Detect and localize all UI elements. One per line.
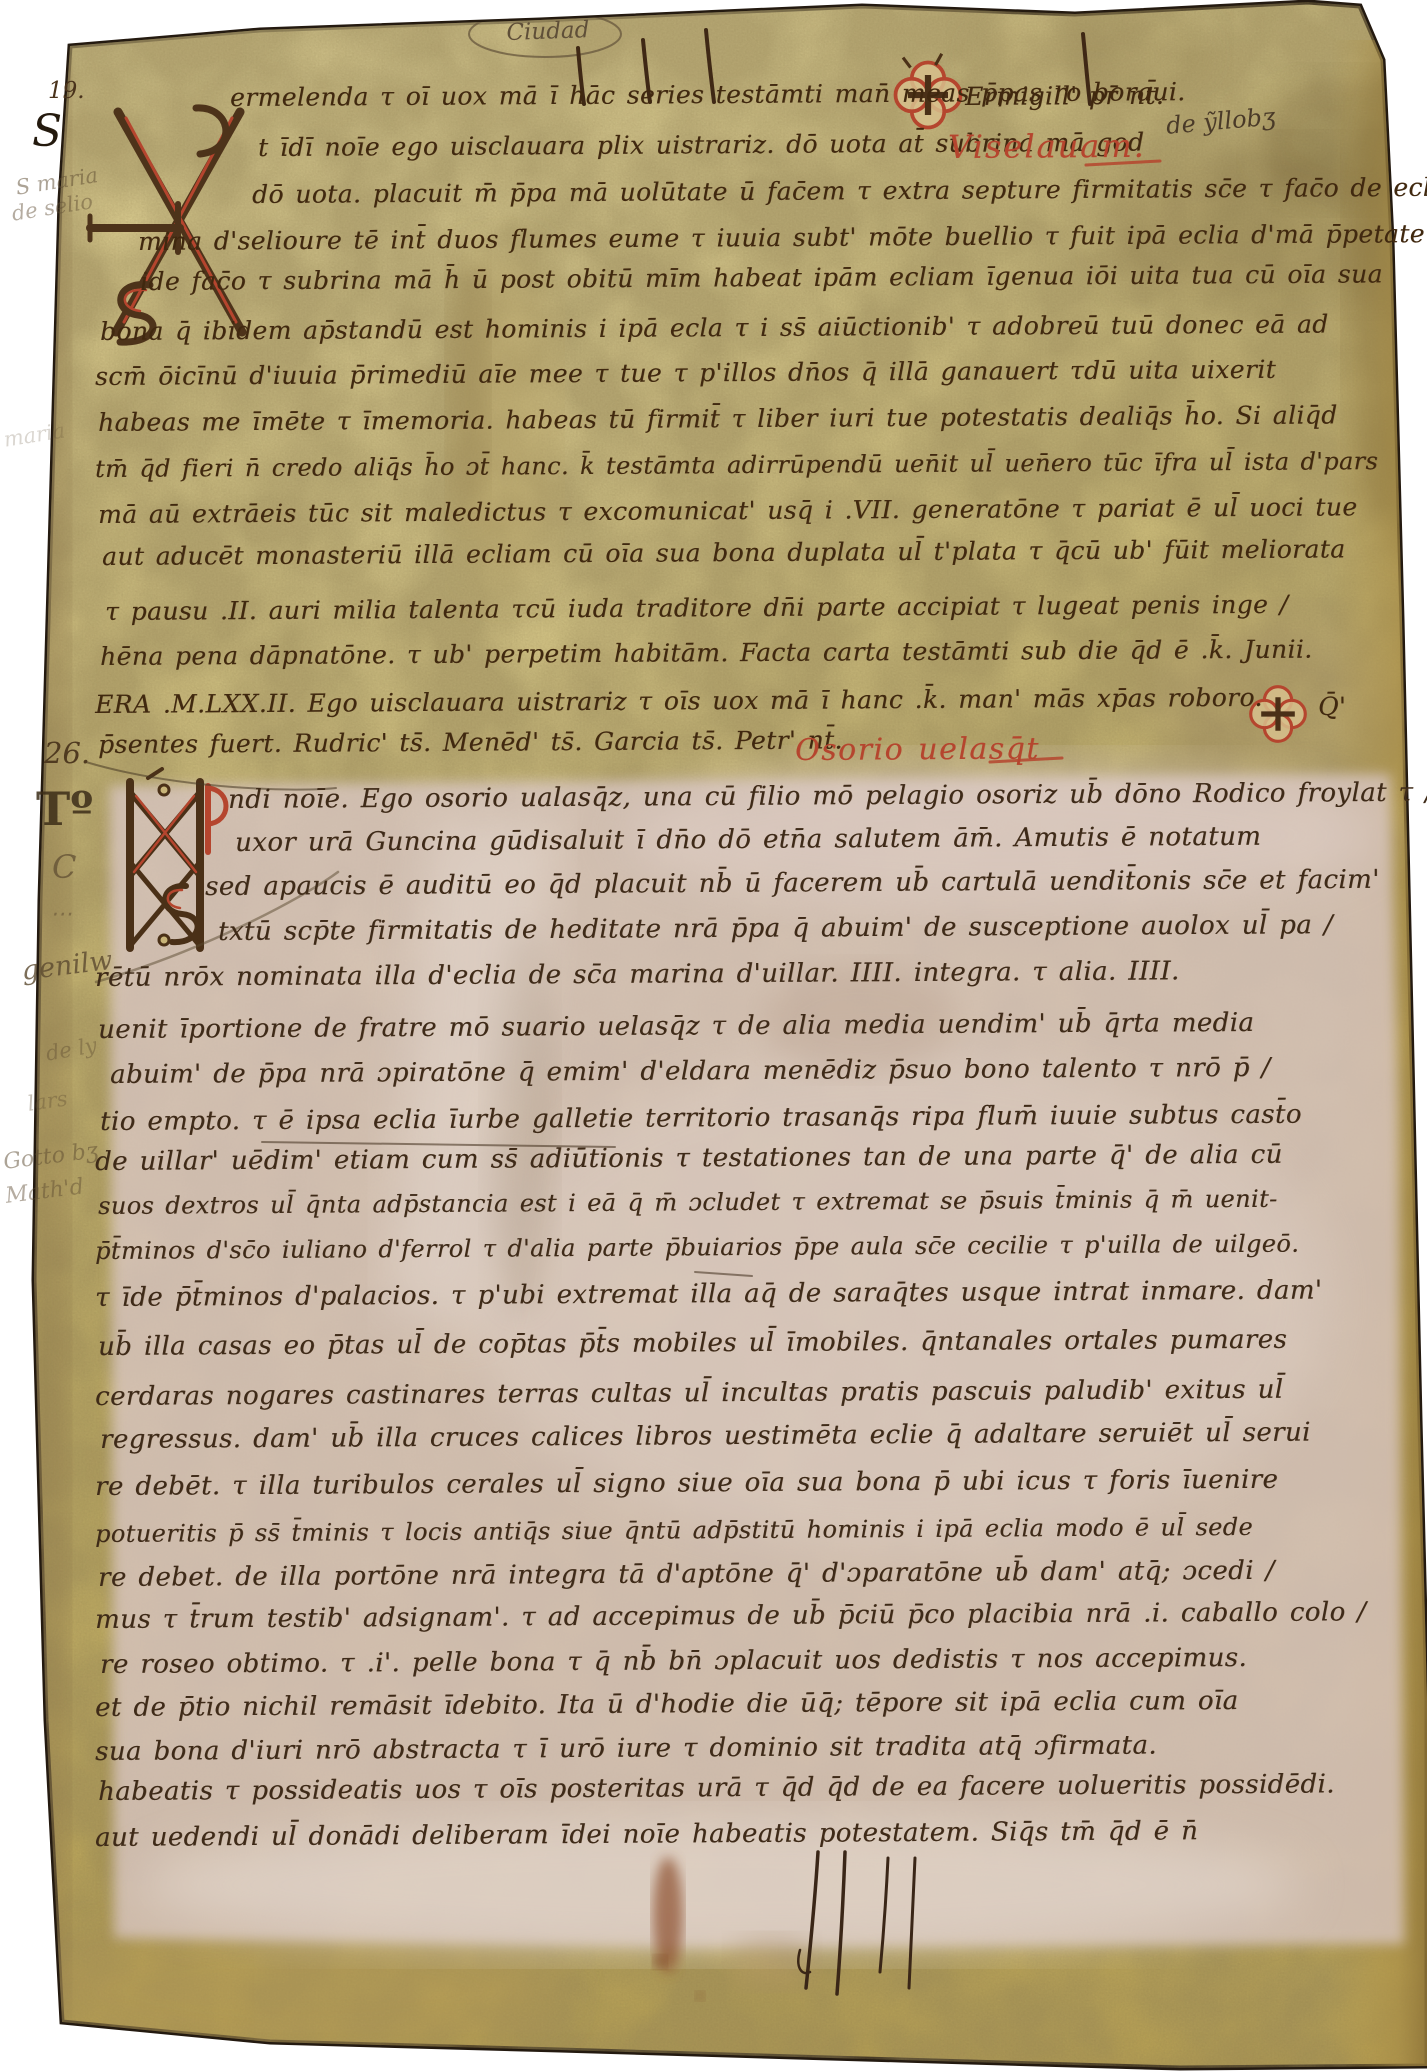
stain [695,1991,705,2001]
charter1-signature-rubric: Osorio uelasq̄t [795,732,1040,768]
annotation-ciudad: Ciudad [506,17,590,46]
item-number-26: 26. [44,736,90,770]
manuscript-scan: Ciudad de ỹllobʒ 19. S S maria de selio … [0,0,1427,2072]
c-mark: C [52,848,76,886]
folio-number: 19. [48,78,85,104]
stain [24,60,68,2010]
charter2-line: uxor urā Guncina gūdisaluit ī dn̄o dō et… [235,822,1261,858]
charter1-era-line-end: Q̄' [1318,692,1346,721]
stain [653,1955,667,1969]
charter1-opening-end: Ermigill' pr̄ nt̄. [965,81,1164,111]
tomo-mark: Tº [36,782,93,836]
charter1-rubric-name: Viselauam. [948,127,1146,166]
dots-mark: ⋯ [50,902,72,927]
guide-letter-s: S [32,106,62,157]
charter1-witness-line: p̄sentes fuert. Rudric' ts̄. Menēd' ts̄.… [98,725,843,759]
stain [730,1936,814,1988]
